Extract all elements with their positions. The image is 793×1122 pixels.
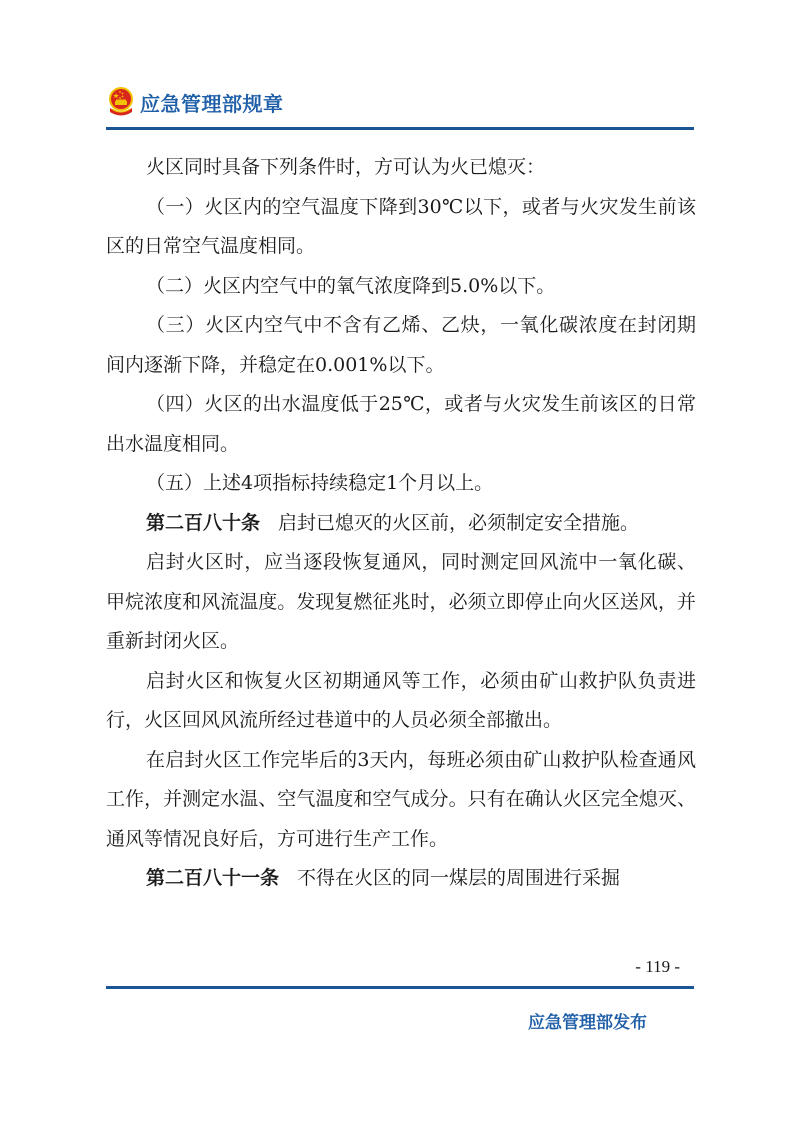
paragraph-text: 启封火区时，应当逐段恢复通风，同时测定回风流中一氧化碳、甲烷浓度和风流温度。发现… <box>106 551 696 652</box>
paragraph: （二）火区内空气中的氧气浓度降到5.0%以下。 <box>106 267 696 307</box>
article-paragraph: 第二百八十一条不得在火区的同一煤层的周围进行采掘 <box>106 859 696 899</box>
paragraph-text: （二）火区内空气中的氧气浓度降到5.0%以下。 <box>146 275 555 297</box>
paragraph-text: 火区同时具备下列条件时，方可认为火已熄灭： <box>146 156 545 178</box>
document-body: 火区同时具备下列条件时，方可认为火已熄灭： （一）火区内的空气温度下降到30℃以… <box>106 148 696 899</box>
page-header: 应急管理部规章 <box>106 84 284 120</box>
paragraph: 在启封火区工作完毕后的3天内，每班必须由矿山救护队检查通风工作，并测定水温、空气… <box>106 741 696 860</box>
paragraph: （五）上述4项指标持续稳定1个月以上。 <box>106 464 696 504</box>
paragraph: 火区同时具备下列条件时，方可认为火已熄灭： <box>106 148 696 188</box>
article-paragraph: 第二百八十条启封已熄灭的火区前，必须制定安全措施。 <box>106 504 696 544</box>
paragraph-text: （一）火区内的空气温度下降到30℃以下，或者与火灾发生前该区的日常空气温度相同。 <box>106 196 696 258</box>
header-title: 应急管理部规章 <box>140 88 284 117</box>
article-number: 第二百八十一条 <box>146 867 279 889</box>
paragraph: 启封火区和恢复火区初期通风等工作，必须由矿山救护队负责进行，火区回风风流所经过巷… <box>106 662 696 741</box>
paragraph-text: 启封已熄灭的火区前，必须制定安全措施。 <box>278 512 639 534</box>
paragraph-text: 在启封火区工作完毕后的3天内，每班必须由矿山救护队检查通风工作，并测定水温、空气… <box>106 749 696 850</box>
paragraph: （四）火区的出水温度低于25℃，或者与火灾发生前该区的日常出水温度相同。 <box>106 385 696 464</box>
paragraph-text: 不得在火区的同一煤层的周围进行采掘 <box>297 867 620 889</box>
footer-publisher: 应急管理部发布 <box>528 1008 647 1033</box>
footer-divider <box>106 986 694 989</box>
paragraph: （三）火区内空气中不含有乙烯、乙炔，一氧化碳浓度在封闭期间内逐渐下降，并稳定在0… <box>106 306 696 385</box>
paragraph-text: （三）火区内空气中不含有乙烯、乙炔，一氧化碳浓度在封闭期间内逐渐下降，并稳定在0… <box>106 314 696 376</box>
article-number: 第二百八十条 <box>146 512 260 534</box>
paragraph: 启封火区时，应当逐段恢复通风，同时测定回风流中一氧化碳、甲烷浓度和风流温度。发现… <box>106 543 696 662</box>
paragraph-text: 启封火区和恢复火区初期通风等工作，必须由矿山救护队负责进行，火区回风风流所经过巷… <box>106 670 696 732</box>
header-divider <box>106 127 694 130</box>
paragraph: （一）火区内的空气温度下降到30℃以下，或者与火灾发生前该区的日常空气温度相同。 <box>106 188 696 267</box>
page-number: - 119 - <box>635 957 680 977</box>
paragraph-text: （四）火区的出水温度低于25℃，或者与火灾发生前该区的日常出水温度相同。 <box>106 393 696 455</box>
paragraph-text: （五）上述4项指标持续稳定1个月以上。 <box>146 472 493 494</box>
national-emblem-icon <box>106 86 136 118</box>
